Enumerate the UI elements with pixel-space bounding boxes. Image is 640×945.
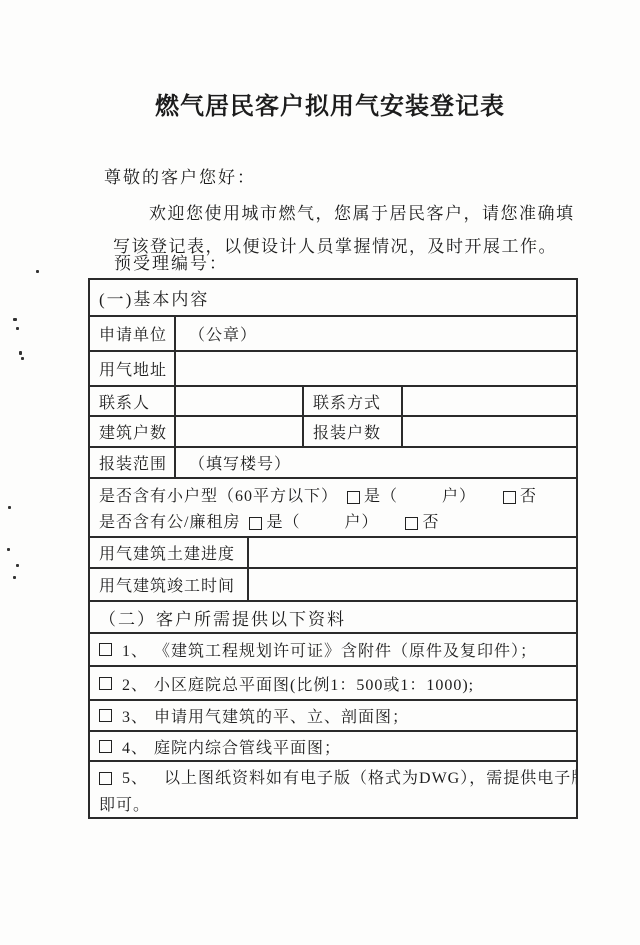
checkbox-public-housing-yes-icon <box>249 517 262 530</box>
contact-label: 联系人 <box>90 387 174 415</box>
install-count-value <box>401 417 576 446</box>
doc-item-number: 2、 <box>122 672 148 695</box>
yes-open-text: 是（ <box>364 484 398 510</box>
scan-artifact <box>19 351 22 355</box>
table-row: 报装范围 （填写楼号） <box>90 446 576 477</box>
document-item-5: 5、 以上图纸资料如有电子版（格式为DWG），需提供电子版 即可。 <box>90 762 576 817</box>
doc-item-number: 5、 <box>122 765 148 792</box>
document-item-3: 3、 申请用气建筑的平、立、剖面图； <box>90 701 576 730</box>
doc-item-number: 4、 <box>122 735 148 758</box>
contact-method-label: 联系方式 <box>302 387 401 415</box>
greeting-text: 尊敬的客户您好： <box>104 163 256 188</box>
public-housing-question-line: 是否含有公/廉租房 是（ 户） 否 <box>99 510 576 536</box>
checkbox-doc-4-icon <box>99 740 112 753</box>
gas-address-value <box>174 352 576 385</box>
scan-artifact <box>36 270 39 273</box>
apply-unit-value: （公章） <box>174 317 576 350</box>
page-title: 燃气居民客户拟用气安装登记表 <box>0 86 640 121</box>
checkbox-doc-2-icon <box>99 677 112 690</box>
scan-artifact <box>21 357 24 360</box>
yes-open-text: 是（ <box>266 510 300 536</box>
doc-item-text-continued: 即可。 <box>99 792 576 817</box>
building-count-value <box>174 417 302 446</box>
scan-artifact <box>13 576 16 579</box>
registration-form-table: (一)基本内容 申请单位 （公章） 用气地址 联系人 联系方式 建筑户数 报装户… <box>88 278 578 819</box>
apply-unit-label: 申请单位 <box>90 317 174 350</box>
scan-artifact <box>7 548 10 551</box>
section-documents-header: （二）客户所需提供以下资料 <box>90 602 576 632</box>
table-row: 用气建筑土建进度 <box>90 536 576 567</box>
checkbox-doc-3-icon <box>99 709 112 722</box>
construction-progress-label: 用气建筑土建进度 <box>90 538 247 567</box>
pre-acceptance-number-label: 预受理编号： <box>114 249 228 274</box>
contact-value <box>174 387 302 415</box>
table-row: 3、 申请用气建筑的平、立、剖面图； <box>90 699 576 730</box>
doc-item-number: 1、 <box>122 638 148 661</box>
doc-item-text: 《建筑工程规划许可证》含附件（原件及复印件）； <box>154 638 537 661</box>
document-item-1: 1、 《建筑工程规划许可证》含附件（原件及复印件）； <box>90 634 576 665</box>
doc-item-text: 小区庭院总平面图(比例1：500或1：1000); <box>154 672 474 695</box>
construction-progress-value <box>247 538 576 567</box>
table-row: （二）客户所需提供以下资料 <box>90 600 576 632</box>
table-row: 联系人 联系方式 <box>90 385 576 415</box>
table-row: 建筑户数 报装户数 <box>90 415 576 446</box>
scan-artifact <box>16 564 19 567</box>
doc-item-text: 以上图纸资料如有电子版（格式为DWG），需提供电子版 <box>164 765 576 792</box>
housing-type-questions: 是否含有小户型（60平方以下） 是（ 户） 否 是否含有公/廉租房 是（ 户） <box>90 479 576 536</box>
contact-method-value <box>401 387 576 415</box>
scan-artifact <box>13 318 17 321</box>
table-row: (一)基本内容 <box>90 280 576 315</box>
public-housing-question-text: 是否含有公/廉租房 <box>99 510 240 536</box>
checkbox-public-housing-no-icon <box>405 517 418 530</box>
doc-item-number: 3、 <box>122 704 148 727</box>
scan-artifact <box>8 506 11 509</box>
scope-value: （填写楼号） <box>174 448 576 477</box>
small-unit-question-text: 是否含有小户型（60平方以下） <box>99 484 338 510</box>
table-row: 申请单位 （公章） <box>90 315 576 350</box>
completion-time-value <box>247 569 576 600</box>
gas-address-label: 用气地址 <box>90 352 174 385</box>
document-item-2: 2、 小区庭院总平面图(比例1：500或1：1000); <box>90 667 576 699</box>
checkbox-doc-1-icon <box>99 643 112 656</box>
no-label-text: 否 <box>422 510 439 536</box>
scope-label: 报装范围 <box>90 448 174 477</box>
unit-close-text: 户） <box>442 484 476 510</box>
unit-close-text: 户） <box>344 510 378 536</box>
small-unit-question-line: 是否含有小户型（60平方以下） 是（ 户） 否 <box>99 484 576 510</box>
doc-item-text: 庭院内综合管线平面图； <box>154 735 341 758</box>
document-item-4: 4、 庭院内综合管线平面图； <box>90 732 576 760</box>
table-row: 用气建筑竣工时间 <box>90 567 576 600</box>
table-row: 用气地址 <box>90 350 576 385</box>
table-row: 4、 庭院内综合管线平面图； <box>90 730 576 760</box>
checkbox-small-unit-no-icon <box>503 491 516 504</box>
install-count-label: 报装户数 <box>302 417 401 446</box>
building-count-label: 建筑户数 <box>90 417 174 446</box>
table-row: 5、 以上图纸资料如有电子版（格式为DWG），需提供电子版 即可。 <box>90 760 576 817</box>
scanned-form-page: 燃气居民客户拟用气安装登记表 尊敬的客户您好： 欢迎您使用城市燃气，您属于居民客… <box>0 0 640 945</box>
scan-artifact <box>16 327 19 330</box>
completion-time-label: 用气建筑竣工时间 <box>90 569 247 600</box>
checkbox-doc-5-icon <box>99 772 112 785</box>
no-label-text: 否 <box>520 484 537 510</box>
checkbox-small-unit-yes-icon <box>347 491 360 504</box>
doc-item-text: 申请用气建筑的平、立、剖面图； <box>154 704 409 727</box>
table-row: 是否含有小户型（60平方以下） 是（ 户） 否 是否含有公/廉租房 是（ 户） <box>90 477 576 536</box>
table-row: 1、 《建筑工程规划许可证》含附件（原件及复印件）； <box>90 632 576 665</box>
section-basic-header: (一)基本内容 <box>90 280 576 315</box>
table-row: 2、 小区庭院总平面图(比例1：500或1：1000); <box>90 665 576 699</box>
